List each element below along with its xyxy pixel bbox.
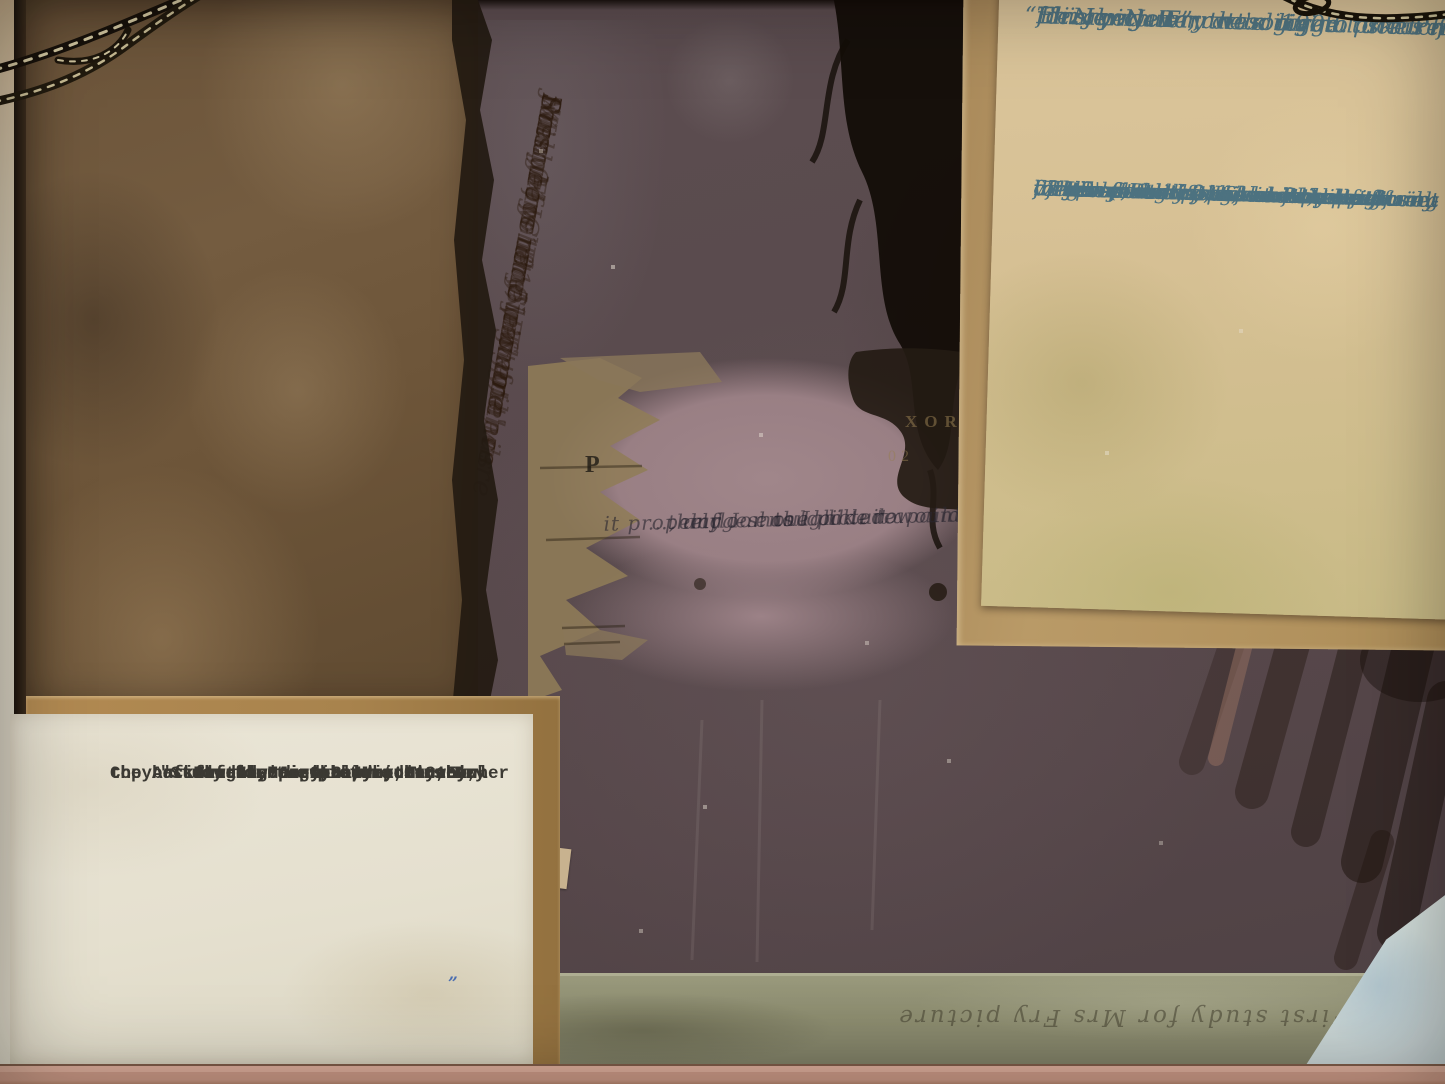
hanging-wire (0, 0, 1445, 1084)
photo-back-of-framed-picture: Study for the picture'Mrs Fry reading to… (0, 0, 1445, 1084)
